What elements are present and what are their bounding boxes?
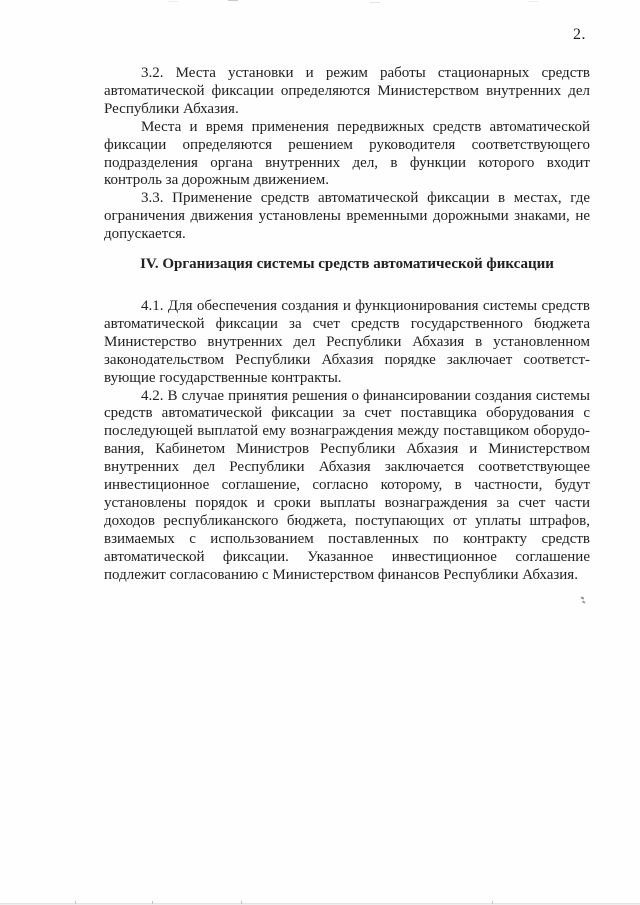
paragraph-line: Республики Абхазия. xyxy=(104,101,590,119)
paragraph-line: автоматической фиксации определяются Мин… xyxy=(104,83,590,101)
scan-bottom-tick xyxy=(75,901,76,904)
paragraph-line: вующие государственные контракты. xyxy=(104,370,590,388)
paragraph-line: контроль за дорожным движением. xyxy=(104,172,590,190)
scan-bottom-tick xyxy=(241,901,242,904)
paragraph-line: последующей выплатой ему вознаграждения … xyxy=(104,423,590,441)
paragraph-line: 4.1. Для обеспечения создания и функцион… xyxy=(104,298,590,316)
paragraph-line: фиксации определяются решением руководит… xyxy=(104,137,590,155)
paragraph-line: Места и время применения передвижных сре… xyxy=(104,119,590,137)
paragraph-line: подлежит согласованию с Министерством фи… xyxy=(104,567,590,585)
document-body: 3.2. Места установки и режим работы стац… xyxy=(104,65,590,584)
scan-bottom-tick xyxy=(492,901,493,904)
paragraph-line: допускается. xyxy=(104,226,590,244)
paragraph-line: внутренних дел Республики Абхазия заключ… xyxy=(104,459,590,477)
paragraph-line: Министерство внутренних дел Республики А… xyxy=(104,334,590,352)
paragraph-line: инвестиционное соглашение, согласно кото… xyxy=(104,477,590,495)
paragraph-line: вания, Кабинетом Министров Республики Аб… xyxy=(104,441,590,459)
paragraph-line: 4.2. В случае принятия решения о финанси… xyxy=(104,388,590,406)
paragraph-line: законодательством Республики Абхазия пор… xyxy=(104,352,590,370)
paragraph-line: средств автоматической фиксации за счет … xyxy=(104,405,590,423)
paragraph-line: взимаемых с использованием поставленных … xyxy=(104,531,590,549)
paragraph-line: автоматической фиксации. Указанное инвес… xyxy=(104,549,590,567)
paragraph-line: автоматической фиксации за счет средств … xyxy=(104,316,590,334)
paragraph-line: 3.3. Применение средств автоматической ф… xyxy=(104,190,590,208)
paragraph-line: подразделения органа внутренних дел, в ф… xyxy=(104,155,590,173)
document-page: 2. 3.2. Места установки и режим работы с… xyxy=(0,0,640,905)
scan-bottom-tick xyxy=(152,901,153,904)
paragraph-line: доходов республиканского бюджета, поступ… xyxy=(104,513,590,531)
scan-speck-artifact xyxy=(581,596,585,599)
paragraph-line: ограничения движения установлены временн… xyxy=(104,208,590,226)
section-heading: IV. Организация системы средств автомати… xyxy=(104,256,590,274)
page-number: 2. xyxy=(573,26,586,44)
paragraph-line: 3.2. Места установки и режим работы стац… xyxy=(104,65,590,83)
scan-bottom-edge-artifact xyxy=(0,903,640,904)
paragraph-line: установлены порядок и сроки выплаты возн… xyxy=(104,495,590,513)
scan-top-edge-artifact xyxy=(228,0,238,1)
